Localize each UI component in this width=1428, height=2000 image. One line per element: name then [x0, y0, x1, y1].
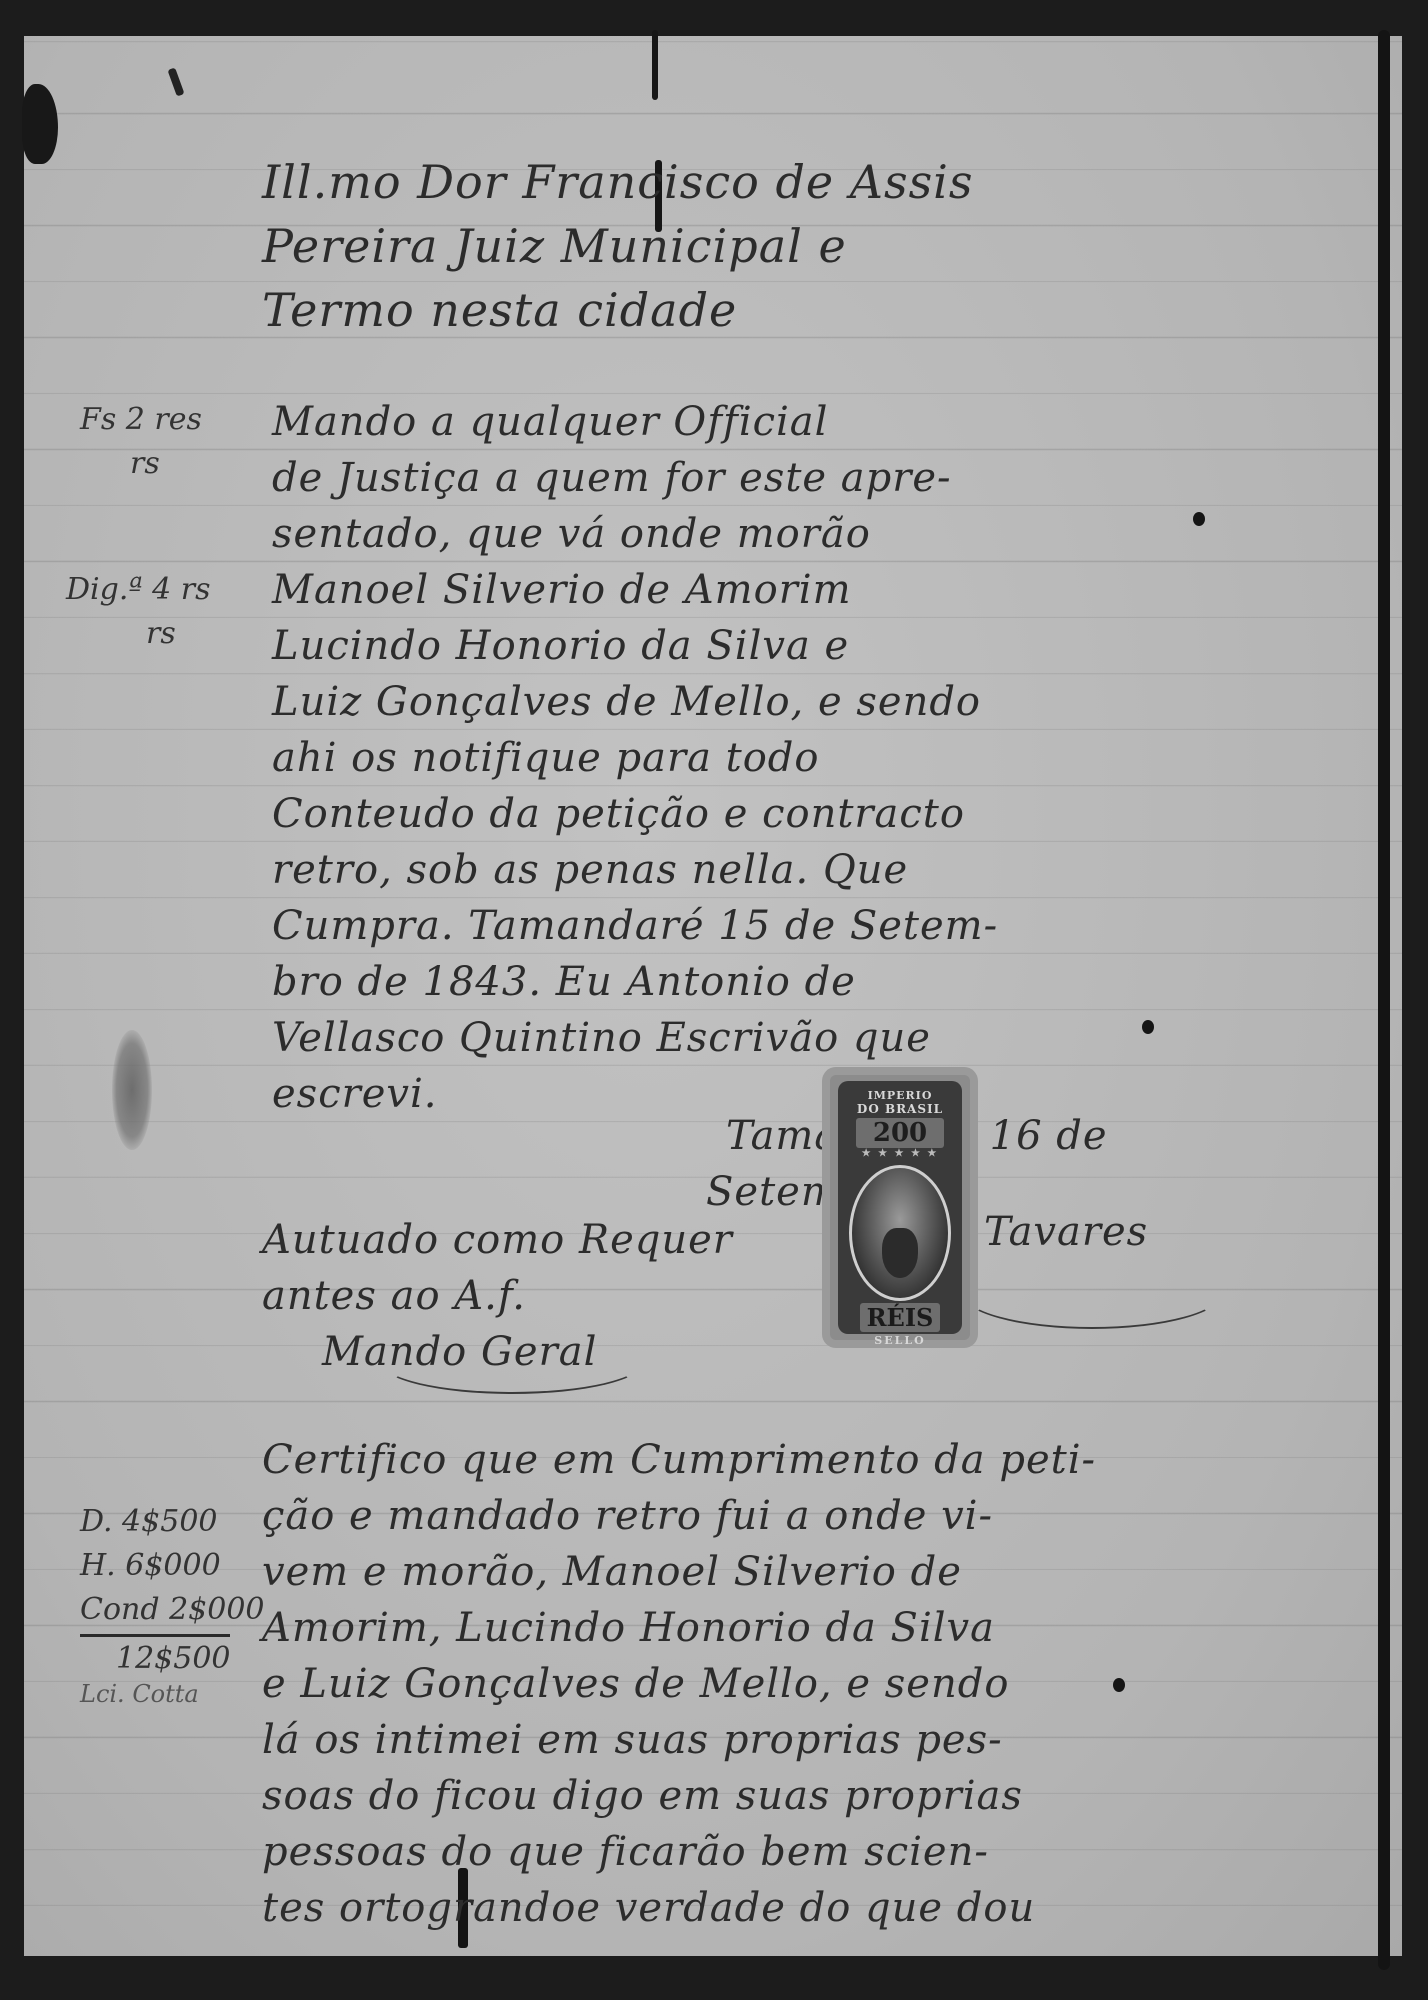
stamp-empire-text: IMPERIO — [838, 1089, 962, 1102]
certificate-body: Certifico que em Cumprimento da peti- çã… — [262, 1432, 1096, 1936]
certificate-line: vem e morão, Manoel Silverio de — [262, 1544, 1096, 1600]
order-line: antes ao A.f. — [262, 1268, 733, 1324]
certificate-line: soas do ficou digo em suas proprias — [262, 1768, 1096, 1824]
margin-fee-note: Fs 2 res rs — [80, 398, 202, 486]
body-line: sentado, que vá onde morão — [272, 506, 998, 562]
address-line: Pereira Juiz Municipal e — [262, 214, 974, 278]
stamp-sello-text: SELLO — [838, 1334, 962, 1347]
beard-shape — [882, 1228, 918, 1278]
order-line: Autuado como Requer — [262, 1212, 733, 1268]
stamp-country-text: DO BRASIL — [838, 1102, 962, 1116]
certificate-line: ção e mandado retro fui a onde vi- — [262, 1488, 1096, 1544]
ink-smudge — [112, 1030, 152, 1150]
fee-line: Cond 2$000 — [80, 1588, 265, 1632]
body-line: bro de 1843. Eu Antonio de — [272, 954, 998, 1010]
certificate-line: tes ortograndoe verdade do que dou — [262, 1880, 1096, 1936]
body-line: Lucindo Honorio da Silva e — [272, 618, 998, 674]
body-line: Conteudo da petição e contracto — [272, 786, 998, 842]
emperor-portrait-icon — [849, 1165, 951, 1301]
revenue-stamp: IMPERIO DO BRASIL 200 ★ ★ ★ ★ ★ RÉIS SEL… — [830, 1075, 970, 1340]
fee-tally: D. 4$500 H. 6$000 Cond 2$000 12$500 Lci.… — [80, 1500, 265, 1707]
certificate-line: e Luiz Gonçalves de Mello, e sendo — [262, 1656, 1096, 1712]
stamp-stars-icon: ★ ★ ★ ★ ★ — [838, 1148, 962, 1159]
body-line: Vellasco Quintino Escrivão que — [272, 1010, 998, 1066]
certificate-line: lá os intimei em suas proprias pes- — [262, 1712, 1096, 1768]
body-line: retro, sob as penas nella. Que — [272, 842, 998, 898]
certificate-line: Certifico que em Cumprimento da peti- — [262, 1432, 1096, 1488]
ink-dot — [1193, 512, 1205, 526]
body-line: Cumpra. Tamandaré 15 de Setem- — [272, 898, 998, 954]
body-line: de Justiça a quem for este apre- — [272, 450, 998, 506]
fee-line: D. 4$500 — [80, 1500, 265, 1544]
stamp-face: IMPERIO DO BRASIL 200 ★ ★ ★ ★ ★ RÉIS SEL… — [838, 1081, 962, 1334]
body-line: Mando a qualquer Official — [272, 394, 998, 450]
signature-flourish — [960, 1255, 1224, 1329]
fee-line: H. 6$000 — [80, 1544, 265, 1588]
fee-note: Lci. Cotta — [80, 1681, 265, 1707]
petition-body: Mando a qualquer Official de Justiça a q… — [272, 394, 998, 1122]
address-line: Ill.mo Dor Francisco de Assis — [262, 150, 974, 214]
ink-tear-mark — [652, 30, 658, 100]
stamp-value: 200 — [856, 1118, 944, 1148]
stamp-currency: RÉIS — [860, 1303, 940, 1332]
petition-address: Ill.mo Dor Francisco de Assis Pereira Ju… — [262, 150, 974, 342]
certificate-line: pessoas do que ficarão bem scien- — [262, 1824, 1096, 1880]
address-line: Termo nesta cidade — [262, 278, 974, 342]
fee-total: 12$500 — [80, 1637, 265, 1681]
judge-signature: Tavares — [984, 1204, 1148, 1260]
body-line: Manoel Silverio de Amorim — [272, 562, 998, 618]
binding-edge — [1378, 30, 1390, 1970]
body-line: ahi os notifique para todo — [272, 730, 998, 786]
ink-dot — [1113, 1678, 1125, 1692]
margin-fee-note: Dig.ª 4 rs rs — [66, 568, 211, 656]
ink-dot — [1142, 1020, 1154, 1034]
order-flourish — [380, 1330, 644, 1394]
certificate-line: Amorim, Lucindo Honorio da Silva — [262, 1600, 1096, 1656]
body-line: Luiz Gonçalves de Mello, e sendo — [272, 674, 998, 730]
